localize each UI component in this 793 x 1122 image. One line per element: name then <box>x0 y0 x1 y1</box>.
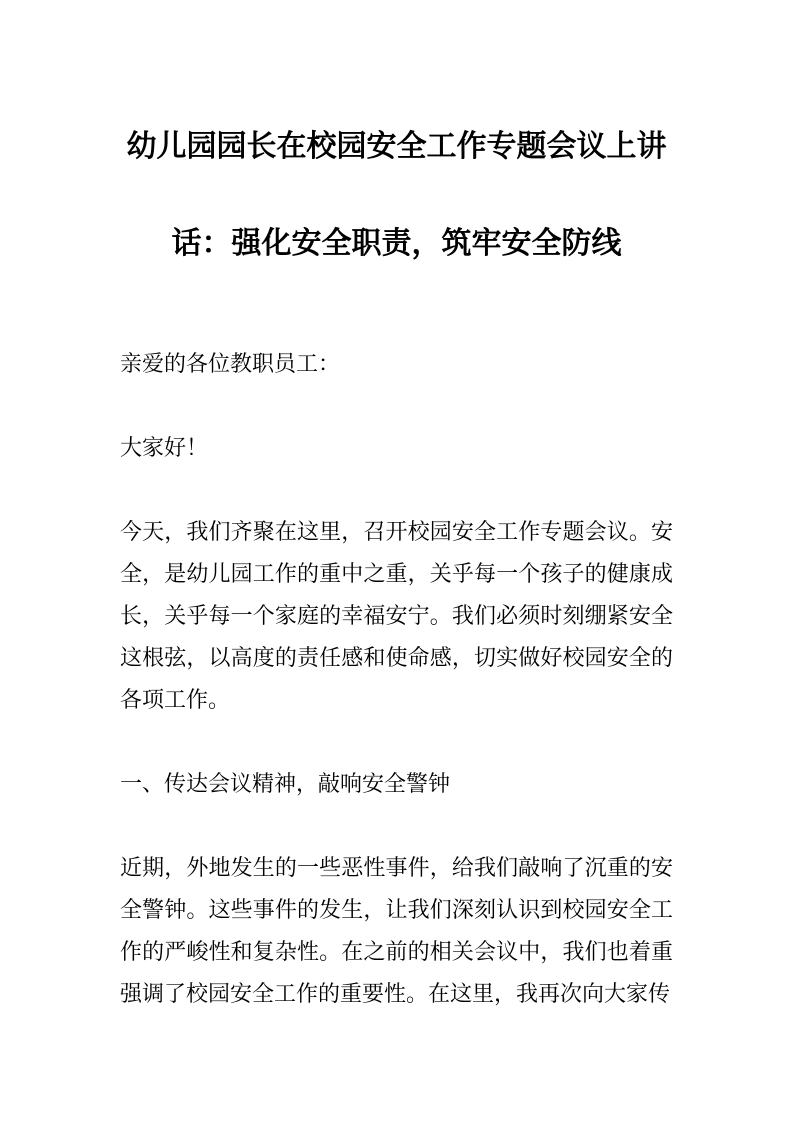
document-body: 亲爱的各位教职员工： 大家好！ 今天，我们齐聚在这里，召开校园安全工作专题会议。… <box>120 343 673 1015</box>
document-title: 幼儿园园长在校园安全工作专题会议上讲 话：强化安全职责，筑牢安全防线 <box>120 98 673 292</box>
document-page: 幼儿园园长在校园安全工作专题会议上讲 话：强化安全职责，筑牢安全防线 亲爱的各位… <box>0 0 793 1122</box>
paragraph-intro: 今天，我们齐聚在这里，召开校园安全工作专题会议。安全，是幼儿园工作的重中之重，关… <box>120 511 673 721</box>
document-title-line-1: 幼儿园园长在校园安全工作专题会议上讲 <box>120 98 673 195</box>
section-heading-1: 一、传达会议精神，敲响安全警钟 <box>120 763 673 805</box>
paragraph-section1-body: 近期，外地发生的一些恶性事件，给我们敲响了沉重的安全警钟。这些事件的发生，让我们… <box>120 847 673 1015</box>
document-title-line-2: 话：强化安全职责，筑牢安全防线 <box>120 195 673 292</box>
paragraph-greeting: 大家好！ <box>120 427 673 469</box>
paragraph-salutation: 亲爱的各位教职员工： <box>120 343 673 385</box>
